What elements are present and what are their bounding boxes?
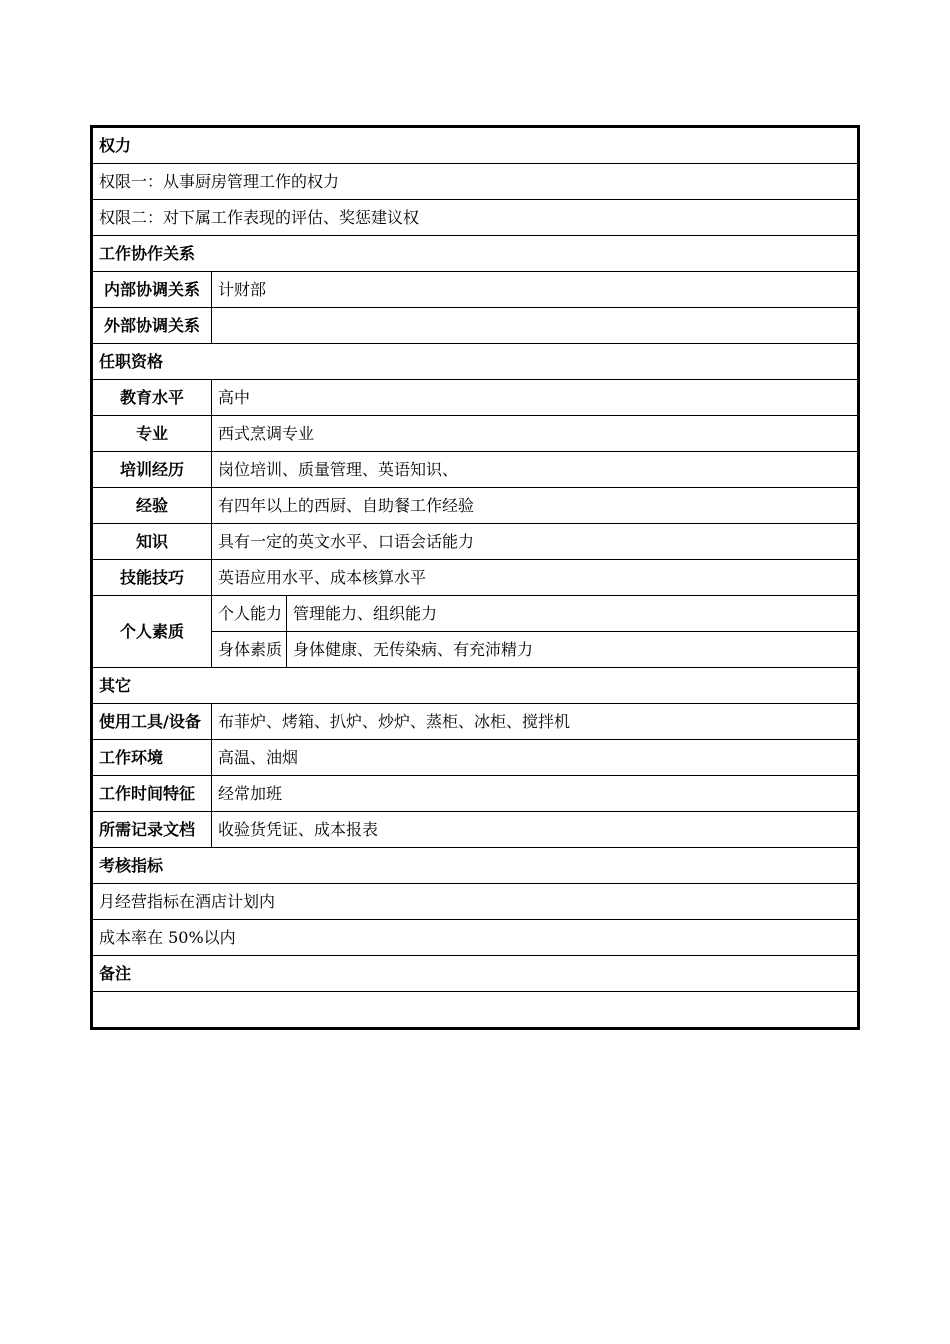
section-header-assessment: 考核指标 xyxy=(92,848,859,884)
section-header-coordination: 工作协作关系 xyxy=(92,236,859,272)
field-sublabel-personal-ability: 个人能力 xyxy=(212,596,287,632)
remarks-empty-row xyxy=(92,992,859,1029)
field-value-education: 高中 xyxy=(212,380,859,416)
table-row: 专业 西式烹调专业 xyxy=(92,416,859,452)
field-value-work-hours: 经常加班 xyxy=(212,776,859,812)
field-label-internal-coordination: 内部协调关系 xyxy=(92,272,212,308)
field-value-tools-equipment: 布菲炉、烤箱、扒炉、炒炉、蒸柜、冰柜、搅拌机 xyxy=(212,704,859,740)
field-label-major: 专业 xyxy=(92,416,212,452)
section-header-qualifications: 任职资格 xyxy=(92,344,859,380)
table-row: 经验 有四年以上的西厨、自助餐工作经验 xyxy=(92,488,859,524)
field-label-work-environment: 工作环境 xyxy=(92,740,212,776)
section-header-row-others: 其它 xyxy=(92,668,859,704)
table-row: 培训经历 岗位培训、质量管理、英语知识、 xyxy=(92,452,859,488)
field-value-work-environment: 高温、油烟 xyxy=(212,740,859,776)
field-value-required-records: 收验货凭证、成本报表 xyxy=(212,812,859,848)
table-row: 所需记录文档 收验货凭证、成本报表 xyxy=(92,812,859,848)
table-row: 使用工具/设备 布菲炉、烤箱、扒炉、炒炉、蒸柜、冰柜、搅拌机 xyxy=(92,704,859,740)
section-header-row-remarks: 备注 xyxy=(92,956,859,992)
authority-item-1: 权限一：从事厨房管理工作的权力 xyxy=(92,164,859,200)
section-header-remarks: 备注 xyxy=(92,956,859,992)
table-row: 外部协调关系 xyxy=(92,308,859,344)
assessment-item-2: 成本率在 50%以内 xyxy=(92,920,859,956)
table-row: 工作时间特征 经常加班 xyxy=(92,776,859,812)
field-label-skills: 技能技巧 xyxy=(92,560,212,596)
field-label-training: 培训经历 xyxy=(92,452,212,488)
field-label-required-records: 所需记录文档 xyxy=(92,812,212,848)
field-label-external-coordination: 外部协调关系 xyxy=(92,308,212,344)
table-row: 工作环境 高温、油烟 xyxy=(92,740,859,776)
table-row: 内部协调关系 计财部 xyxy=(92,272,859,308)
document-page: 权力 权限一：从事厨房管理工作的权力 权限二：对下属工作表现的评估、奖惩建议权 … xyxy=(0,0,950,1344)
field-label-work-hours: 工作时间特征 xyxy=(92,776,212,812)
authority-item-2: 权限二：对下属工作表现的评估、奖惩建议权 xyxy=(92,200,859,236)
table-row: 成本率在 50%以内 xyxy=(92,920,859,956)
table-row: 个人素质 个人能力 管理能力、组织能力 xyxy=(92,596,859,632)
field-value-knowledge: 具有一定的英文水平、口语会话能力 xyxy=(212,524,859,560)
field-label-education: 教育水平 xyxy=(92,380,212,416)
table-row: 知识 具有一定的英文水平、口语会话能力 xyxy=(92,524,859,560)
field-value-external-coordination xyxy=(212,308,859,344)
assessment-item-1: 月经营指标在酒店计划内 xyxy=(92,884,859,920)
section-header-row-coordination: 工作协作关系 xyxy=(92,236,859,272)
table-row: 权限一：从事厨房管理工作的权力 xyxy=(92,164,859,200)
section-header-row-assessment: 考核指标 xyxy=(92,848,859,884)
field-value-training: 岗位培训、质量管理、英语知识、 xyxy=(212,452,859,488)
job-description-table-container: 权力 权限一：从事厨房管理工作的权力 权限二：对下属工作表现的评估、奖惩建议权 … xyxy=(90,125,860,1030)
section-header-row-qualifications: 任职资格 xyxy=(92,344,859,380)
field-label-experience: 经验 xyxy=(92,488,212,524)
section-header-authority: 权力 xyxy=(92,127,859,164)
field-value-personal-ability: 管理能力、组织能力 xyxy=(287,596,859,632)
table-row: 技能技巧 英语应用水平、成本核算水平 xyxy=(92,560,859,596)
table-row: 教育水平 高中 xyxy=(92,380,859,416)
section-header-others: 其它 xyxy=(92,668,859,704)
field-label-knowledge: 知识 xyxy=(92,524,212,560)
field-value-internal-coordination: 计财部 xyxy=(212,272,859,308)
job-description-table: 权力 权限一：从事厨房管理工作的权力 权限二：对下属工作表现的评估、奖惩建议权 … xyxy=(90,125,860,1030)
table-row xyxy=(92,992,859,1029)
field-label-personal-quality: 个人素质 xyxy=(92,596,212,668)
section-header-row-authority: 权力 xyxy=(92,127,859,164)
field-value-physical-quality: 身体健康、无传染病、有充沛精力 xyxy=(287,632,859,668)
field-sublabel-physical-quality: 身体素质 xyxy=(212,632,287,668)
field-value-major: 西式烹调专业 xyxy=(212,416,859,452)
table-row: 权限二：对下属工作表现的评估、奖惩建议权 xyxy=(92,200,859,236)
table-row: 月经营指标在酒店计划内 xyxy=(92,884,859,920)
field-value-experience: 有四年以上的西厨、自助餐工作经验 xyxy=(212,488,859,524)
field-value-skills: 英语应用水平、成本核算水平 xyxy=(212,560,859,596)
field-label-tools-equipment: 使用工具/设备 xyxy=(92,704,212,740)
